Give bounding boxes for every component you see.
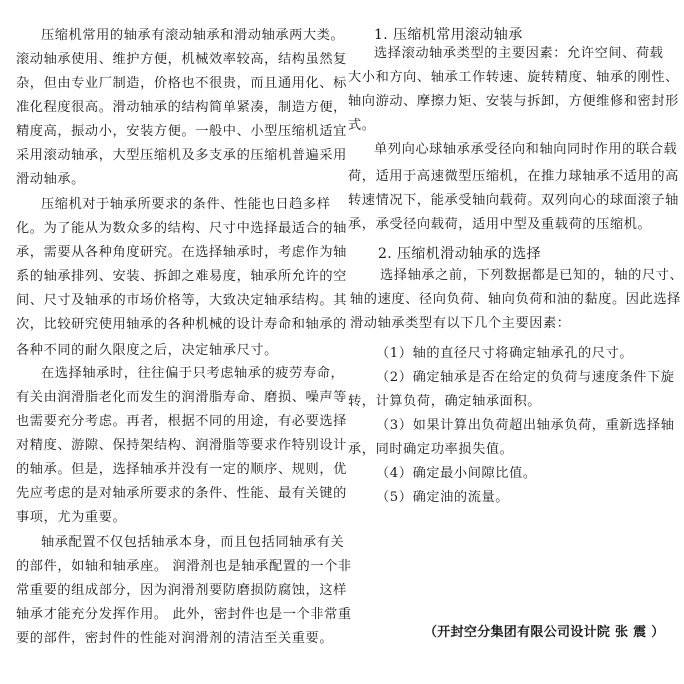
list-item: （5）确定油的流量。 [376,490,509,506]
text-line: 准化程度很高。滑动轴承的结构简单紧凑，制造方便， [16,100,347,116]
list-item: （2）确定轴承是否在给定的负荷与速度条件下旋 [376,370,675,386]
text-line: 压缩机对于轴承所要求的条件、性能也日趋多样 [41,197,331,213]
text-line: 荷，适用于高速微型压缩机，在推力球轴承不适用的高 [348,169,679,185]
text-line: 杂，但由专业厂制造，价格也不很贵，而且通用化、标 [16,76,347,92]
text-line: 轴向游动、摩擦力矩、安装与拆卸，方便维修和密封形 [348,94,679,110]
text-line: 事项，尤为重要。 [16,510,126,526]
text-line: 在选择轴承时，往往偏于只考虑轴承的疲劳寿命， [41,366,344,382]
text-line: 常重要的组成部分，因为润滑剂要防磨损防腐蚀，这样 [16,583,347,599]
text-line: 选择轴承之前，下列数据都是已知的，轴的尺寸、 [380,268,683,284]
text-line: 压缩机常用的轴承有滚动轴承和滑动轴承两大类。 [41,28,344,44]
text-line: 承，承受径向载荷，适用中型及重载荷的压缩机。 [348,217,651,233]
text-line: 滑动轴承类型有以下几个主要因素： [350,316,571,332]
text-line: 的部件，如轴和轴承座。 润滑剂也是轴承配置的一个非 [16,559,352,575]
text-line: 精度高，振动小，安装方便。一般中、小型压缩机适宜 [16,124,347,140]
text-line: 系的轴承排列、安装、拆卸之难易度，轴承所允许的空 [16,269,347,285]
author-signature: （开封空分集团有限公司设计院 张 震 ） [424,625,665,641]
text-line: 采用滚动轴承，大型压缩机及多支承的压缩机普遍采用 [16,148,347,164]
text-line: 次，比较研究使用轴承的各种机械的设计寿命和轴承的 [16,317,347,333]
text-line: 的轴承。但是，选择轴承并没有一定的顺序、规则，优 [16,462,347,478]
text-line: 对精度、游隙、保持架结构、润滑脂等要求作特别设计 [16,438,347,454]
list-item: （1）轴的直径尺寸将确定轴承孔的尺寸。 [376,346,633,362]
text-line: 化。为了能从为数众多的结构、尺寸中选择最适合的轴 [16,221,347,237]
text-line: 各种不同的耐久限度之后，决定轴承尺寸。 [16,343,278,359]
text-line: 间、尺寸及轴承的市场价格等，大致决定轴承结构。其 [16,293,347,309]
text-line: 单列向心球轴承承受径向和轴向同时作用的联合载 [374,142,677,158]
text-line: 式。 [348,118,376,134]
text-line: 先应考虑的是对轴承所要求的条件、性能、最有关键的 [16,486,347,502]
list-item: （3）如果计算出负荷超出轴承负荷，重新选择轴 [376,418,675,434]
text-line: 轴的速度、径向负荷、轴向负荷和油的黏度。因此选择 [350,292,681,308]
text-line: 选择滚动轴承类型的主要因素：允许空间、荷载 [374,46,664,62]
text-line: 承，需要从各种角度研究。在选择轴承时，考虑作为轴 [16,245,347,261]
list-item-continued: 承，同时确定功率损失值。 [348,442,513,458]
text-line: 转速情况下，能承受轴向载荷。双列向心的球面滚子轴 [348,193,679,209]
text-line: 大小和方向、轴承工作转速、旋转精度、轴承的刚性、 [348,70,679,86]
text-line: 轴承才能充分发挥作用。 此外，密封件也是一个非常重 [16,607,352,623]
text-line: 也需要充分考虑。再者，根据不同的用途，有必要选择 [16,414,347,430]
list-item-continued: 转，计算负荷，确定轴承面积。 [348,394,541,410]
text-line: 有关由润滑脂老化而发生的润滑脂寿命、磨损、噪声等 [16,390,347,406]
text-line: 滚动轴承使用、维护方便，机械效率较高，结构虽然复 [16,52,347,68]
section-title: 1. 压缩机常用滚动轴承 [374,27,523,43]
list-item: （4）确定最小间隙比值。 [376,466,537,482]
text-line: 要的部件，密封件的性能对润滑剂的清洁至关重要。 [16,631,333,647]
text-line: 滑动轴承。 [16,172,85,188]
text-line: 轴承配置不仅包括轴承本身，而且包括同轴承有关 [41,535,344,551]
section-title: 2. 压缩机滑动轴承的选择 [378,246,541,262]
